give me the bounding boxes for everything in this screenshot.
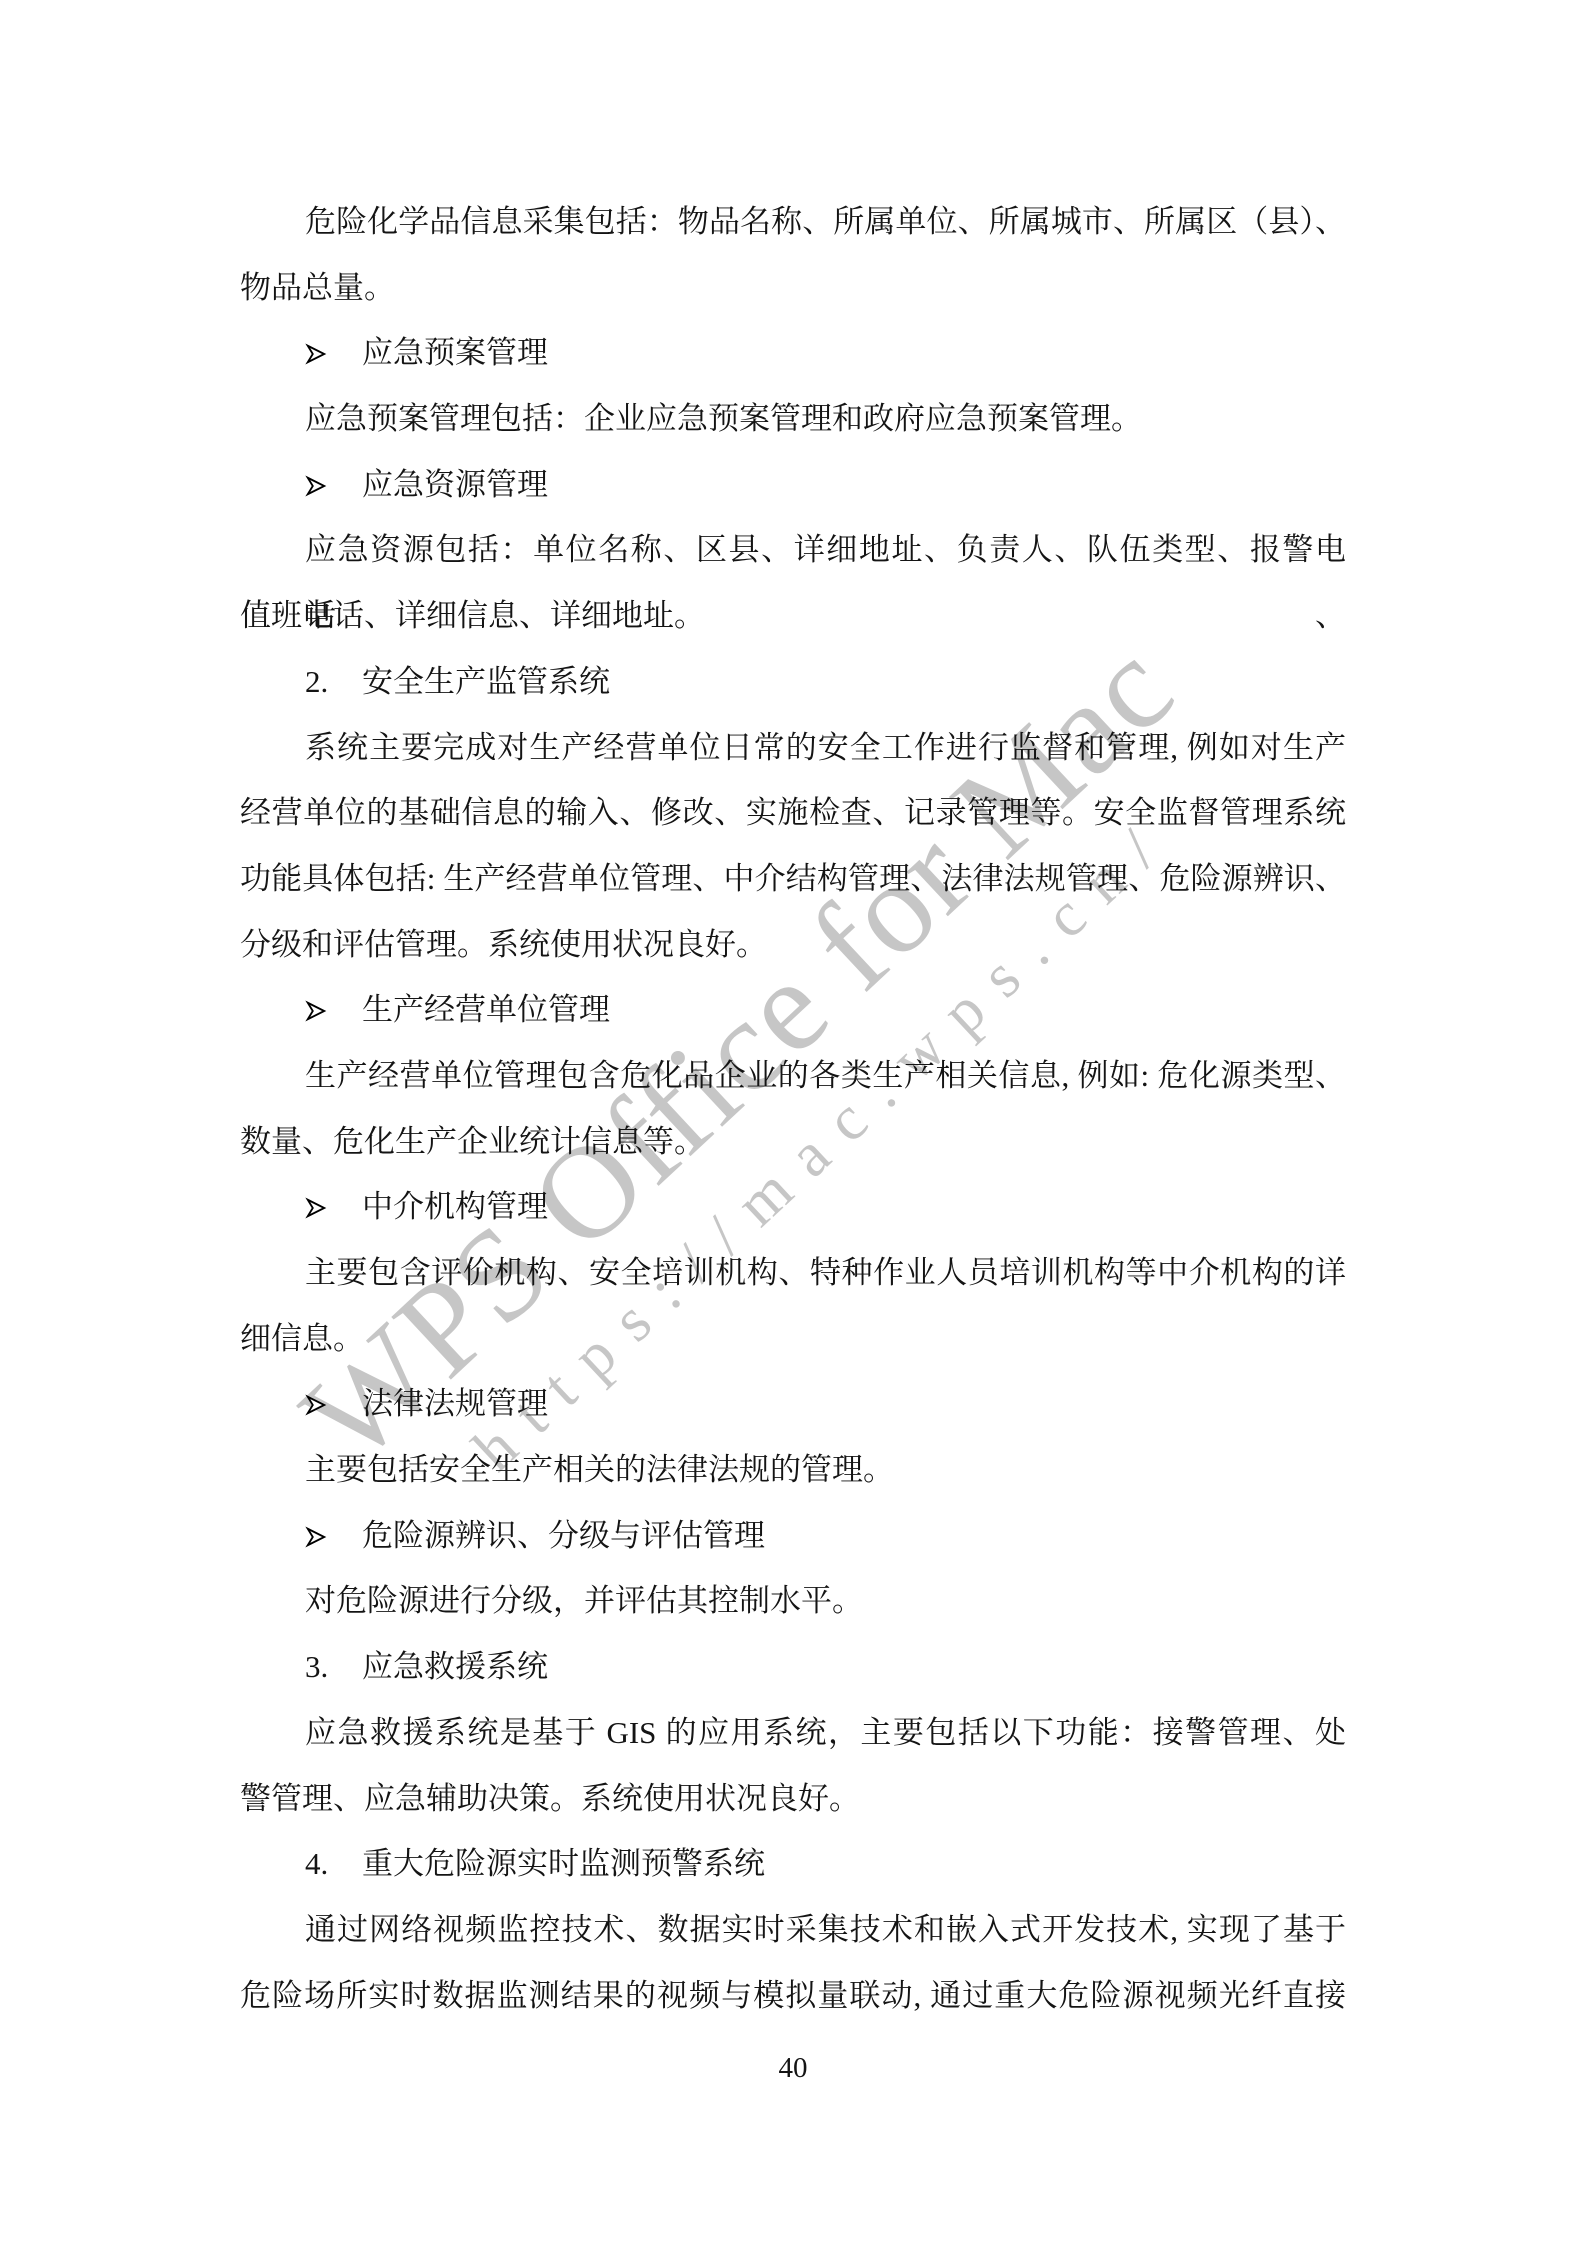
paragraph-line: 物品总量。 <box>240 255 1346 321</box>
heading-text: 应急救援系统 <box>362 1649 548 1684</box>
arrow-bullet-icon <box>305 452 327 518</box>
list-item-label: 应急预案管理 <box>362 335 548 370</box>
section-heading: 2.安全生产监管系统 <box>240 649 1346 715</box>
paragraph-line: 生产经营单位管理包含危化品企业的各类生产相关信息, 例如: 危化源类型、 <box>240 1043 1346 1109</box>
paragraph-line: 对危险源进行分级，并评估其控制水平。 <box>240 1568 1346 1634</box>
arrow-bullet-icon <box>305 1174 327 1240</box>
arrow-bullet-icon <box>305 977 327 1043</box>
list-item-label: 应急资源管理 <box>362 467 548 502</box>
paragraph-line: 系统主要完成对生产经营单位日常的安全工作进行监督和管理, 例如对生产 <box>240 715 1346 781</box>
paragraph-line: 数量、危化生产企业统计信息等。 <box>240 1109 1346 1175</box>
arrow-bullet-icon <box>305 1503 327 1569</box>
paragraph-line: 应急救援系统是基于 GIS 的应用系统，主要包括以下功能：接警管理、处 <box>240 1700 1346 1766</box>
paragraph-line: 主要包含评价机构、安全培训机构、特种作业人员培训机构等中介机构的详 <box>240 1240 1346 1306</box>
list-item: 生产经营单位管理 <box>240 977 1346 1043</box>
heading-number: 4. <box>305 1831 362 1897</box>
paragraph-line: 细信息。 <box>240 1306 1346 1372</box>
list-item-label: 危险源辨识、分级与评估管理 <box>362 1518 765 1553</box>
list-item: 应急预案管理 <box>240 320 1346 386</box>
paragraph-line: 危险场所实时数据监测结果的视频与模拟量联动, 通过重大危险源视频光纤直接 <box>240 1963 1346 2029</box>
heading-text: 重大危险源实时监测预警系统 <box>362 1846 765 1881</box>
list-item-label: 法律法规管理 <box>362 1386 548 1421</box>
paragraph-line: 分级和评估管理。系统使用状况良好。 <box>240 912 1346 978</box>
document-page: WPS Office for Mac https://mac.wps.cn/ 危… <box>0 0 1586 2244</box>
arrow-bullet-icon <box>305 320 327 386</box>
paragraph-line: 主要包括安全生产相关的法律法规的管理。 <box>240 1437 1346 1503</box>
list-item: 法律法规管理 <box>240 1371 1346 1437</box>
section-heading: 4.重大危险源实时监测预警系统 <box>240 1831 1346 1897</box>
paragraph-line: 警管理、应急辅助决策。系统使用状况良好。 <box>240 1766 1346 1832</box>
paragraph-line: 经营单位的基础信息的输入、修改、实施检查、记录管理等。安全监督管理系统 <box>240 780 1346 846</box>
paragraph-line: 功能具体包括: 生产经营单位管理、中介结构管理、法律法规管理、危险源辨识、 <box>240 846 1346 912</box>
list-item: 危险源辨识、分级与评估管理 <box>240 1503 1346 1569</box>
paragraph-line: 应急资源包括：单位名称、区县、详细地址、负责人、队伍类型、报警电话、 <box>240 517 1346 583</box>
heading-text: 安全生产监管系统 <box>362 664 610 699</box>
paragraph-line: 应急预案管理包括：企业应急预案管理和政府应急预案管理。 <box>240 386 1346 452</box>
heading-number: 3. <box>305 1634 362 1700</box>
list-item: 中介机构管理 <box>240 1174 1346 1240</box>
list-item-label: 生产经营单位管理 <box>362 992 610 1027</box>
heading-number: 2. <box>305 649 362 715</box>
paragraph-line: 通过网络视频监控技术、数据实时采集技术和嵌入式开发技术, 实现了基于 <box>240 1897 1346 1963</box>
section-heading: 3.应急救援系统 <box>240 1634 1346 1700</box>
arrow-bullet-icon <box>305 1371 327 1437</box>
page-number: 40 <box>0 2052 1586 2085</box>
paragraph-line: 危险化学品信息采集包括：物品名称、所属单位、所属城市、所属区（县）、 <box>240 189 1346 255</box>
text-block: 危险化学品信息采集包括：物品名称、所属单位、所属城市、所属区（县）、 物品总量。… <box>240 189 1346 2028</box>
list-item: 应急资源管理 <box>240 452 1346 518</box>
list-item-label: 中介机构管理 <box>362 1189 548 1224</box>
